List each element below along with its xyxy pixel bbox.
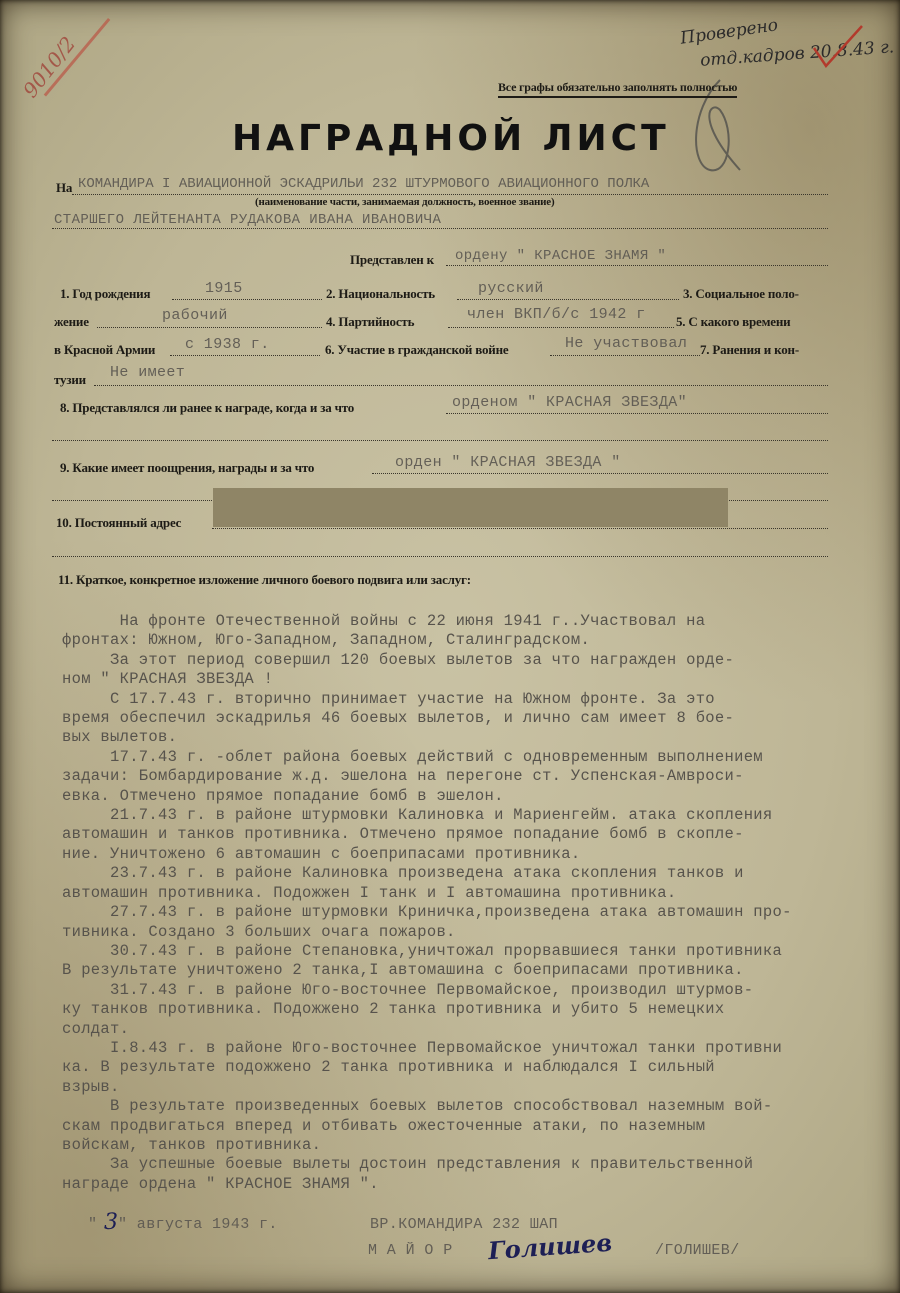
party-label: 4. Партийность — [326, 314, 414, 330]
feat-line: автомашин и танков противника. Отмечено … — [62, 825, 792, 844]
feat-line: I.8.43 г. в районе Юго-восточнее Первома… — [62, 1039, 792, 1058]
feat-line: За успешные боевые вылеты достоин предст… — [62, 1155, 792, 1174]
birth-year-label: 1. Год рождения — [60, 286, 150, 302]
civil-war-value: Не участвовал — [565, 335, 687, 352]
has-awards-label: 9. Какие имеет поощрения, награды и за ч… — [60, 460, 314, 476]
wounds-value: Не имеет — [110, 364, 185, 381]
feat-text: На фронте Отечественной войны с 22 июня … — [62, 612, 792, 1194]
wounds-label-a: 7. Ранения и кон- — [700, 342, 799, 358]
feat-line: На фронте Отечественной войны с 22 июня … — [62, 612, 792, 631]
social-rule — [97, 327, 322, 328]
feat-line: 30.7.43 г. в районе Степановка,уничтожал… — [62, 942, 792, 961]
signer-position: ВР.КОМАНДИРА 232 ШАП — [370, 1216, 558, 1233]
top-notice: Все графы обязательно заполнять полность… — [498, 80, 737, 98]
nationality-label: 2. Национальность — [326, 286, 435, 302]
feat-line: евка. Отмечено прямое попадание бомб в э… — [62, 787, 792, 806]
party-rule — [448, 327, 674, 328]
feat-line: 23.7.43 г. в районе Калиновка произведен… — [62, 864, 792, 883]
social-label-a: 3. Социальное поло- — [683, 286, 799, 302]
wounds-rule — [94, 385, 828, 386]
signer-rank: М А Й О Р — [368, 1242, 453, 1259]
nationality-rule — [457, 299, 679, 300]
nominee-line2: СТАРШЕГО ЛЕЙТЕНАНТА РУДАКОВА ИВАНА ИВАНО… — [54, 212, 441, 228]
prev-award-label: 8. Представлялся ли ранее к награде, ког… — [60, 400, 354, 416]
birth-year-value: 1915 — [205, 280, 243, 297]
since-label-b: в Красной Армии — [54, 342, 155, 358]
prev-award-rule — [446, 413, 828, 414]
feat-line: взрыв. — [62, 1078, 792, 1097]
since-label-a: 5. С какого времени — [676, 314, 790, 330]
since-value: с 1938 г. — [185, 336, 270, 353]
has-awards-rule — [372, 473, 828, 474]
date-open-quote: " — [88, 1216, 97, 1233]
civil-war-label: 6. Участие в гражданской войне — [325, 342, 508, 358]
feat-line: С 17.7.43 г. вторично принимает участие … — [62, 690, 792, 709]
feat-line: тивника. Создано 3 больших очага пожаров… — [62, 923, 792, 942]
feat-line: ном " КРАСНАЯ ЗВЕЗДА ! — [62, 670, 792, 689]
civil-war-rule — [550, 355, 700, 356]
date-day: 3 — [104, 1210, 118, 1235]
feat-line: солдат. — [62, 1020, 792, 1039]
feat-line: В результате произведенных боевых вылето… — [62, 1097, 792, 1116]
feat-line: За этот период совершил 120 боевых вылет… — [62, 651, 792, 670]
date-rest: " августа 1943 г. — [118, 1216, 278, 1233]
feat-line: ку танков противника. Подожжено 2 танка … — [62, 1000, 792, 1019]
feat-line: 17.7.43 г. -облет района боевых действий… — [62, 748, 792, 767]
social-value: рабочий — [162, 307, 228, 324]
address-redaction — [213, 488, 728, 527]
feat-label: 11. Краткое, конкретное изложение личног… — [58, 572, 471, 588]
presented-rule — [446, 265, 828, 266]
feat-line: скам продвигаться вперед и отбивать ожес… — [62, 1117, 792, 1136]
feat-line: задачи: Бомбардирование ж.д. эшелона на … — [62, 767, 792, 786]
red-check-mark-icon — [810, 20, 870, 70]
prev-award-value: орденом " КРАСНАЯ ЗВЕЗДА" — [452, 394, 687, 411]
page-title: НАГРАДНОЙ ЛИСТ — [232, 118, 670, 159]
feat-line: ние. Уничтожено 6 автомашин с боеприпаса… — [62, 845, 792, 864]
since-rule — [170, 355, 320, 356]
prev-award-rule-2 — [52, 440, 828, 441]
feat-line: 21.7.43 г. в районе штурмовки Калиновка … — [62, 806, 792, 825]
nominee-line2-rule — [52, 228, 828, 229]
nominee-prefix: На — [56, 180, 72, 196]
wounds-label-b: тузии — [54, 372, 86, 388]
address-label: 10. Постоянный адрес — [56, 515, 181, 531]
handwritten-signature: Голишев — [487, 1228, 613, 1266]
address-rule-2 — [52, 556, 828, 557]
has-awards-value: орден " КРАСНАЯ ЗВЕЗДА " — [395, 454, 621, 471]
feat-line: автомашин противника. Подожжен I танк и … — [62, 884, 792, 903]
nominee-caption: (наименование части, занимаемая должност… — [255, 196, 554, 208]
feat-line: награде ордена " КРАСНОЕ ЗНАМЯ ". — [62, 1175, 792, 1194]
feat-line: время обеспечил эскадрилья 46 боевых выл… — [62, 709, 792, 728]
presented-label: Представлен к — [350, 252, 434, 268]
nominee-line1: КОМАНДИРА I АВИАЦИОННОЙ ЭСКАДРИЛЬИ 232 Ш… — [78, 176, 649, 192]
signer-name: /ГОЛИШЕВ/ — [655, 1242, 740, 1259]
party-value: член ВКП/б/с 1942 г — [467, 306, 646, 323]
feat-line: В результате уничтожено 2 танка,I автома… — [62, 961, 792, 980]
feat-line: войскам, танков противника. — [62, 1136, 792, 1155]
social-label-b: жение — [54, 314, 89, 330]
presented-value: ордену " КРАСНОЕ ЗНАМЯ " — [455, 248, 666, 264]
nominee-line1-rule — [72, 194, 828, 195]
margin-note-right-line1: Проверено — [679, 15, 779, 48]
birth-year-rule — [172, 299, 322, 300]
award-sheet: 9010/2 Проверено отд.кадров 20.8.43 г. В… — [0, 0, 900, 1293]
feat-line: вых вылетов. — [62, 728, 792, 747]
feat-line: ка. В результате подожжено 2 танка проти… — [62, 1058, 792, 1077]
feat-line: 31.7.43 г. в районе Юго-восточнее Первом… — [62, 981, 792, 1000]
feat-line: 27.7.43 г. в районе штурмовки Криничка,п… — [62, 903, 792, 922]
nationality-value: русский — [478, 280, 544, 297]
address-rule — [212, 528, 828, 529]
feat-line: фронтах: Южном, Юго-Западном, Западном, … — [62, 631, 792, 650]
